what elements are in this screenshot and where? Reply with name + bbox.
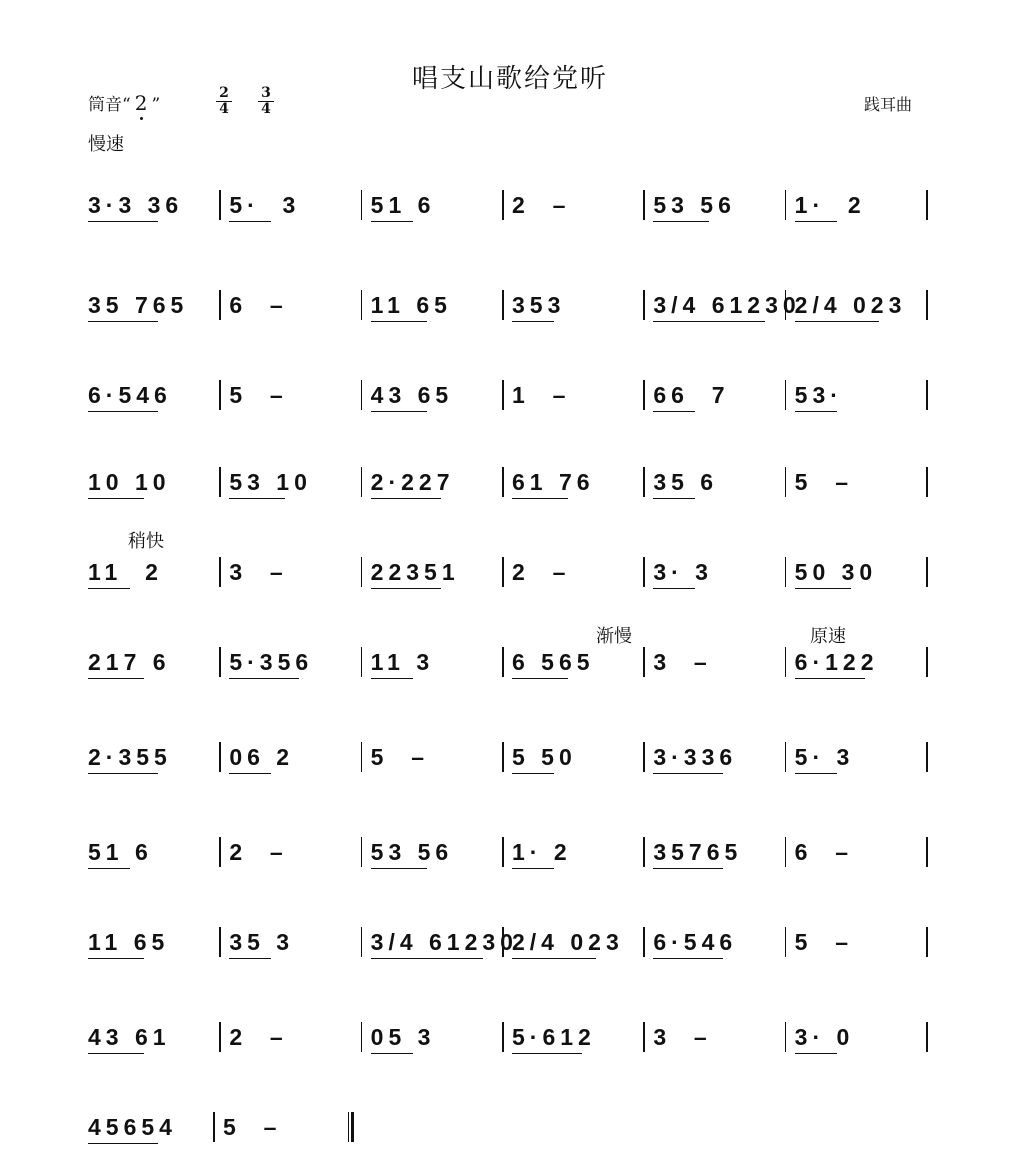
measure: 45654 bbox=[82, 1100, 217, 1140]
measure-notes: 3 – bbox=[653, 1024, 711, 1051]
final-barline bbox=[348, 1112, 354, 1142]
beam-underline bbox=[371, 958, 483, 959]
barline bbox=[785, 927, 787, 957]
barline bbox=[926, 557, 928, 587]
measure: 2·227 bbox=[365, 455, 506, 495]
barline bbox=[785, 190, 787, 220]
beam-underline bbox=[88, 678, 144, 679]
measure-notes: 35 3 bbox=[229, 929, 294, 956]
barline bbox=[219, 557, 221, 587]
measure-notes: 11 65 bbox=[88, 929, 169, 956]
beam-underline bbox=[512, 678, 568, 679]
measure-notes: 3· 3 bbox=[653, 559, 713, 586]
beam-underline bbox=[229, 498, 285, 499]
measure: 2 – bbox=[223, 825, 364, 865]
measure-notes: 35 765 bbox=[88, 292, 188, 319]
score-line: 43 612 –05 35·6123 –3· 0 bbox=[82, 1010, 932, 1070]
barline bbox=[785, 380, 787, 410]
beam-underline bbox=[88, 958, 144, 959]
barline bbox=[502, 467, 504, 497]
barline bbox=[785, 290, 787, 320]
measure-notes: 53· bbox=[795, 382, 843, 409]
measure-notes: 3· 0 bbox=[795, 1024, 855, 1051]
measure: 11 2 bbox=[82, 545, 223, 585]
beam-underline bbox=[371, 588, 441, 589]
measure: 2 – bbox=[223, 1010, 364, 1050]
beam-underline bbox=[88, 773, 158, 774]
measure-notes: 5 – bbox=[223, 1114, 281, 1141]
measure-notes: 2·227 bbox=[371, 469, 455, 496]
barline bbox=[643, 467, 645, 497]
measure-notes: 5· 3 bbox=[229, 192, 300, 219]
measure: 6 565 bbox=[506, 635, 647, 675]
barline bbox=[926, 927, 928, 957]
barline bbox=[219, 1022, 221, 1052]
barline bbox=[785, 467, 787, 497]
measure-notes: 6 – bbox=[795, 839, 853, 866]
measure-notes: 43 65 bbox=[371, 382, 454, 409]
measure-notes: 53 56 bbox=[371, 839, 454, 866]
measure: 22351 bbox=[365, 545, 506, 585]
measure: 10 10 bbox=[82, 455, 223, 495]
beam-underline bbox=[371, 498, 441, 499]
barline bbox=[361, 557, 363, 587]
beam-underline bbox=[371, 868, 427, 869]
measure: 1· 2 bbox=[789, 178, 930, 218]
barline bbox=[643, 190, 645, 220]
measure-notes: 05 3 bbox=[371, 1024, 436, 1051]
measure: 05 3 bbox=[365, 1010, 506, 1050]
measure: 2/4 023 bbox=[789, 278, 930, 318]
measure: 61 76 bbox=[506, 455, 647, 495]
measure: 3·3 36 bbox=[82, 178, 223, 218]
beam-underline bbox=[795, 1053, 837, 1054]
barline bbox=[219, 290, 221, 320]
measure: 2 – bbox=[506, 178, 647, 218]
barline bbox=[219, 837, 221, 867]
measure: 53 56 bbox=[365, 825, 506, 865]
key-note: 2 bbox=[135, 91, 148, 115]
barline bbox=[502, 837, 504, 867]
barline bbox=[926, 380, 928, 410]
measure-notes: 2/4 023 bbox=[795, 292, 907, 319]
barline bbox=[361, 927, 363, 957]
barline bbox=[785, 742, 787, 772]
measure: 5 – bbox=[789, 455, 930, 495]
measure-notes: 10 10 bbox=[88, 469, 171, 496]
measure-notes: 66 7 bbox=[653, 382, 729, 409]
measure: 50 30 bbox=[789, 545, 930, 585]
beam-underline bbox=[88, 1053, 144, 1054]
measure-notes: 5 – bbox=[795, 929, 853, 956]
measure: 3 – bbox=[647, 1010, 788, 1050]
measure: 2·355 bbox=[82, 730, 223, 770]
measure-notes: 53 10 bbox=[229, 469, 312, 496]
beam-underline bbox=[795, 411, 837, 412]
measure-notes: 3/4 61230 bbox=[653, 292, 800, 319]
measure: 353 bbox=[506, 278, 647, 318]
measure-notes: 51 6 bbox=[371, 192, 436, 219]
beam-underline bbox=[795, 678, 865, 679]
key-signature: 筒音“2” bbox=[88, 90, 160, 115]
measure: 6·122 bbox=[789, 635, 930, 675]
measure: 3· 0 bbox=[789, 1010, 930, 1050]
measure: 5 – bbox=[217, 1100, 352, 1140]
score-line: 456545 – bbox=[82, 1100, 932, 1160]
measure-notes: 2 – bbox=[229, 1024, 287, 1051]
measure: 66 7 bbox=[647, 368, 788, 408]
barline bbox=[643, 837, 645, 867]
beam-underline bbox=[371, 321, 427, 322]
barline bbox=[502, 380, 504, 410]
measure-notes: 3 – bbox=[653, 649, 711, 676]
measure: 11 65 bbox=[365, 278, 506, 318]
score-line: 6·5465 –43 651 –66 753· bbox=[82, 368, 932, 428]
measure: 35765 bbox=[647, 825, 788, 865]
measure-notes: 53 56 bbox=[653, 192, 736, 219]
barline bbox=[502, 647, 504, 677]
key-label-suffix: ” bbox=[151, 95, 160, 115]
barline bbox=[361, 837, 363, 867]
barline bbox=[361, 742, 363, 772]
beam-underline bbox=[88, 588, 130, 589]
measure-notes: 3·3 36 bbox=[88, 192, 183, 219]
measure-notes: 6·546 bbox=[88, 382, 172, 409]
beam-underline bbox=[88, 321, 158, 322]
barline bbox=[643, 1022, 645, 1052]
barline bbox=[502, 1022, 504, 1052]
barline bbox=[926, 290, 928, 320]
beam-underline bbox=[229, 773, 271, 774]
barline bbox=[219, 742, 221, 772]
barline bbox=[219, 927, 221, 957]
measure-notes: 3/4 61230 bbox=[371, 929, 518, 956]
barline bbox=[643, 380, 645, 410]
measure: 3/4 61230 bbox=[365, 915, 506, 955]
barline bbox=[361, 647, 363, 677]
barline bbox=[785, 557, 787, 587]
measure: 5 – bbox=[223, 368, 364, 408]
barline bbox=[926, 837, 928, 867]
measure-notes: 1· 2 bbox=[795, 192, 866, 219]
tempo-mark-start: 慢速 bbox=[88, 130, 124, 156]
barline bbox=[926, 467, 928, 497]
beam-underline bbox=[653, 498, 695, 499]
beam-underline bbox=[371, 221, 413, 222]
measure-notes: 11 3 bbox=[371, 649, 435, 676]
key-label-prefix: 筒音“ bbox=[88, 95, 131, 115]
measure-notes: 45654 bbox=[88, 1114, 177, 1141]
beam-underline bbox=[653, 411, 695, 412]
measure: 35 3 bbox=[223, 915, 364, 955]
score-line: 217 65·35611 36 5653 –6·122 bbox=[82, 635, 932, 695]
measure: 6 – bbox=[223, 278, 364, 318]
beam-underline bbox=[653, 221, 709, 222]
measure-notes: 353 bbox=[512, 292, 565, 319]
barline bbox=[926, 742, 928, 772]
beam-underline bbox=[512, 1053, 582, 1054]
beam-underline bbox=[229, 221, 271, 222]
measure-notes: 43 61 bbox=[88, 1024, 171, 1051]
measure-notes: 35765 bbox=[653, 839, 742, 866]
barline bbox=[361, 1022, 363, 1052]
barline bbox=[502, 290, 504, 320]
measure-notes: 2/4 023 bbox=[512, 929, 624, 956]
measure: 217 6 bbox=[82, 635, 223, 675]
measure: 3· 3 bbox=[647, 545, 788, 585]
measure: 53 10 bbox=[223, 455, 364, 495]
measure-notes: 217 6 bbox=[88, 649, 171, 676]
measure: 51 6 bbox=[365, 178, 506, 218]
score-line: 10 1053 102·22761 7635 65 – bbox=[82, 455, 932, 515]
barline bbox=[643, 557, 645, 587]
measure-notes: 11 65 bbox=[371, 292, 452, 319]
barline bbox=[926, 190, 928, 220]
beam-underline bbox=[88, 498, 144, 499]
score-line: 35 7656 –11 653533/4 612302/4 023 bbox=[82, 278, 932, 338]
measure: 3·336 bbox=[647, 730, 788, 770]
composer: 践耳曲 bbox=[864, 92, 912, 115]
beam-underline bbox=[653, 958, 723, 959]
measure: 5· 3 bbox=[223, 178, 364, 218]
barline bbox=[926, 1022, 928, 1052]
beam-underline bbox=[88, 221, 158, 222]
barline bbox=[643, 742, 645, 772]
barline bbox=[219, 190, 221, 220]
barline bbox=[785, 837, 787, 867]
measure-notes: 1 – bbox=[512, 382, 570, 409]
beam-underline bbox=[229, 678, 299, 679]
beam-underline bbox=[653, 321, 765, 322]
beam-underline bbox=[653, 773, 723, 774]
measure: 11 65 bbox=[82, 915, 223, 955]
beam-underline bbox=[512, 498, 568, 499]
beam-underline bbox=[795, 321, 879, 322]
barline bbox=[785, 647, 787, 677]
score-line: 3·3 365· 351 62 –53 561· 2 bbox=[82, 178, 932, 238]
score-line: 11 23 –223512 –3· 350 30 bbox=[82, 545, 932, 605]
measure: 2 – bbox=[506, 545, 647, 585]
measure: 5·612 bbox=[506, 1010, 647, 1050]
beam-underline bbox=[795, 221, 837, 222]
barline bbox=[219, 647, 221, 677]
barline bbox=[502, 927, 504, 957]
measure-notes: 5 50 bbox=[512, 744, 577, 771]
beam-underline bbox=[371, 678, 413, 679]
beam-underline bbox=[229, 958, 271, 959]
score-line: 51 62 –53 561· 2357656 – bbox=[82, 825, 932, 885]
barline bbox=[502, 742, 504, 772]
measure: 3 – bbox=[647, 635, 788, 675]
barline bbox=[502, 190, 504, 220]
beam-underline bbox=[88, 411, 158, 412]
measure-notes: 6·122 bbox=[795, 649, 879, 676]
time-signature-2-4: 24 bbox=[216, 86, 232, 117]
measure-notes: 35 6 bbox=[653, 469, 718, 496]
measure-notes: 5 – bbox=[795, 469, 853, 496]
measure-notes: 2 – bbox=[229, 839, 287, 866]
measure: 2/4 023 bbox=[506, 915, 647, 955]
measure-notes: 06 2 bbox=[229, 744, 294, 771]
measure: 1· 2 bbox=[506, 825, 647, 865]
measure: 51 6 bbox=[82, 825, 223, 865]
measure: 5·356 bbox=[223, 635, 364, 675]
barline bbox=[361, 190, 363, 220]
barline bbox=[213, 1112, 215, 1142]
measure: 53· bbox=[789, 368, 930, 408]
measure-notes: 5·356 bbox=[229, 649, 313, 676]
beam-underline bbox=[88, 868, 130, 869]
measure: 1 – bbox=[506, 368, 647, 408]
barline bbox=[643, 647, 645, 677]
beam-underline bbox=[371, 1053, 413, 1054]
beam-underline bbox=[512, 773, 554, 774]
beam-underline bbox=[653, 868, 723, 869]
measure: 35 765 bbox=[82, 278, 223, 318]
barline bbox=[926, 647, 928, 677]
measure-notes: 6·546 bbox=[653, 929, 737, 956]
beam-underline bbox=[795, 773, 837, 774]
measure-notes: 5 – bbox=[229, 382, 287, 409]
barline bbox=[219, 467, 221, 497]
measure: 5 – bbox=[365, 730, 506, 770]
beam-underline bbox=[371, 411, 427, 412]
barline bbox=[643, 290, 645, 320]
measure: 06 2 bbox=[223, 730, 364, 770]
measure: 6·546 bbox=[647, 915, 788, 955]
measure-notes: 61 76 bbox=[512, 469, 595, 496]
measure-notes: 2 – bbox=[512, 192, 570, 219]
time-signature-3-4: 34 bbox=[258, 86, 274, 117]
beam-underline bbox=[512, 958, 596, 959]
measure-notes: 11 2 bbox=[88, 559, 163, 586]
barline bbox=[785, 1022, 787, 1052]
measure-notes: 5·612 bbox=[512, 1024, 596, 1051]
measure-notes: 50 30 bbox=[795, 559, 878, 586]
measure-notes: 6 – bbox=[229, 292, 287, 319]
measure-notes: 51 6 bbox=[88, 839, 153, 866]
measure: 11 3 bbox=[365, 635, 506, 675]
measure: 6·546 bbox=[82, 368, 223, 408]
measure-notes: 22351 bbox=[371, 559, 460, 586]
measure-notes: 6 565 bbox=[512, 649, 595, 676]
measure: 43 61 bbox=[82, 1010, 223, 1050]
measure: 3 – bbox=[223, 545, 364, 585]
barline bbox=[219, 380, 221, 410]
measure: 5 50 bbox=[506, 730, 647, 770]
beam-underline bbox=[88, 1143, 158, 1144]
score-line: 2·35506 25 –5 503·3365· 3 bbox=[82, 730, 932, 790]
measure: 53 56 bbox=[647, 178, 788, 218]
measure: 3/4 61230 bbox=[647, 278, 788, 318]
measure-notes: 2·355 bbox=[88, 744, 172, 771]
measure: 5 – bbox=[789, 915, 930, 955]
measure: 43 65 bbox=[365, 368, 506, 408]
measure-notes: 5 – bbox=[371, 744, 429, 771]
measure-notes: 1· 2 bbox=[512, 839, 572, 866]
score-line: 11 6535 33/4 612302/4 0236·5465 – bbox=[82, 915, 932, 975]
barline bbox=[502, 557, 504, 587]
measure: 35 6 bbox=[647, 455, 788, 495]
measure-notes: 2 – bbox=[512, 559, 570, 586]
barline bbox=[643, 927, 645, 957]
measure-notes: 3·336 bbox=[653, 744, 737, 771]
beam-underline bbox=[653, 588, 695, 589]
measure: 5· 3 bbox=[789, 730, 930, 770]
beam-underline bbox=[512, 321, 554, 322]
measure-notes: 5· 3 bbox=[795, 744, 855, 771]
barline bbox=[361, 380, 363, 410]
beam-underline bbox=[795, 588, 851, 589]
measure: 6 – bbox=[789, 825, 930, 865]
barline bbox=[361, 467, 363, 497]
measure-notes: 3 – bbox=[229, 559, 287, 586]
barline bbox=[361, 290, 363, 320]
beam-underline bbox=[512, 868, 554, 869]
